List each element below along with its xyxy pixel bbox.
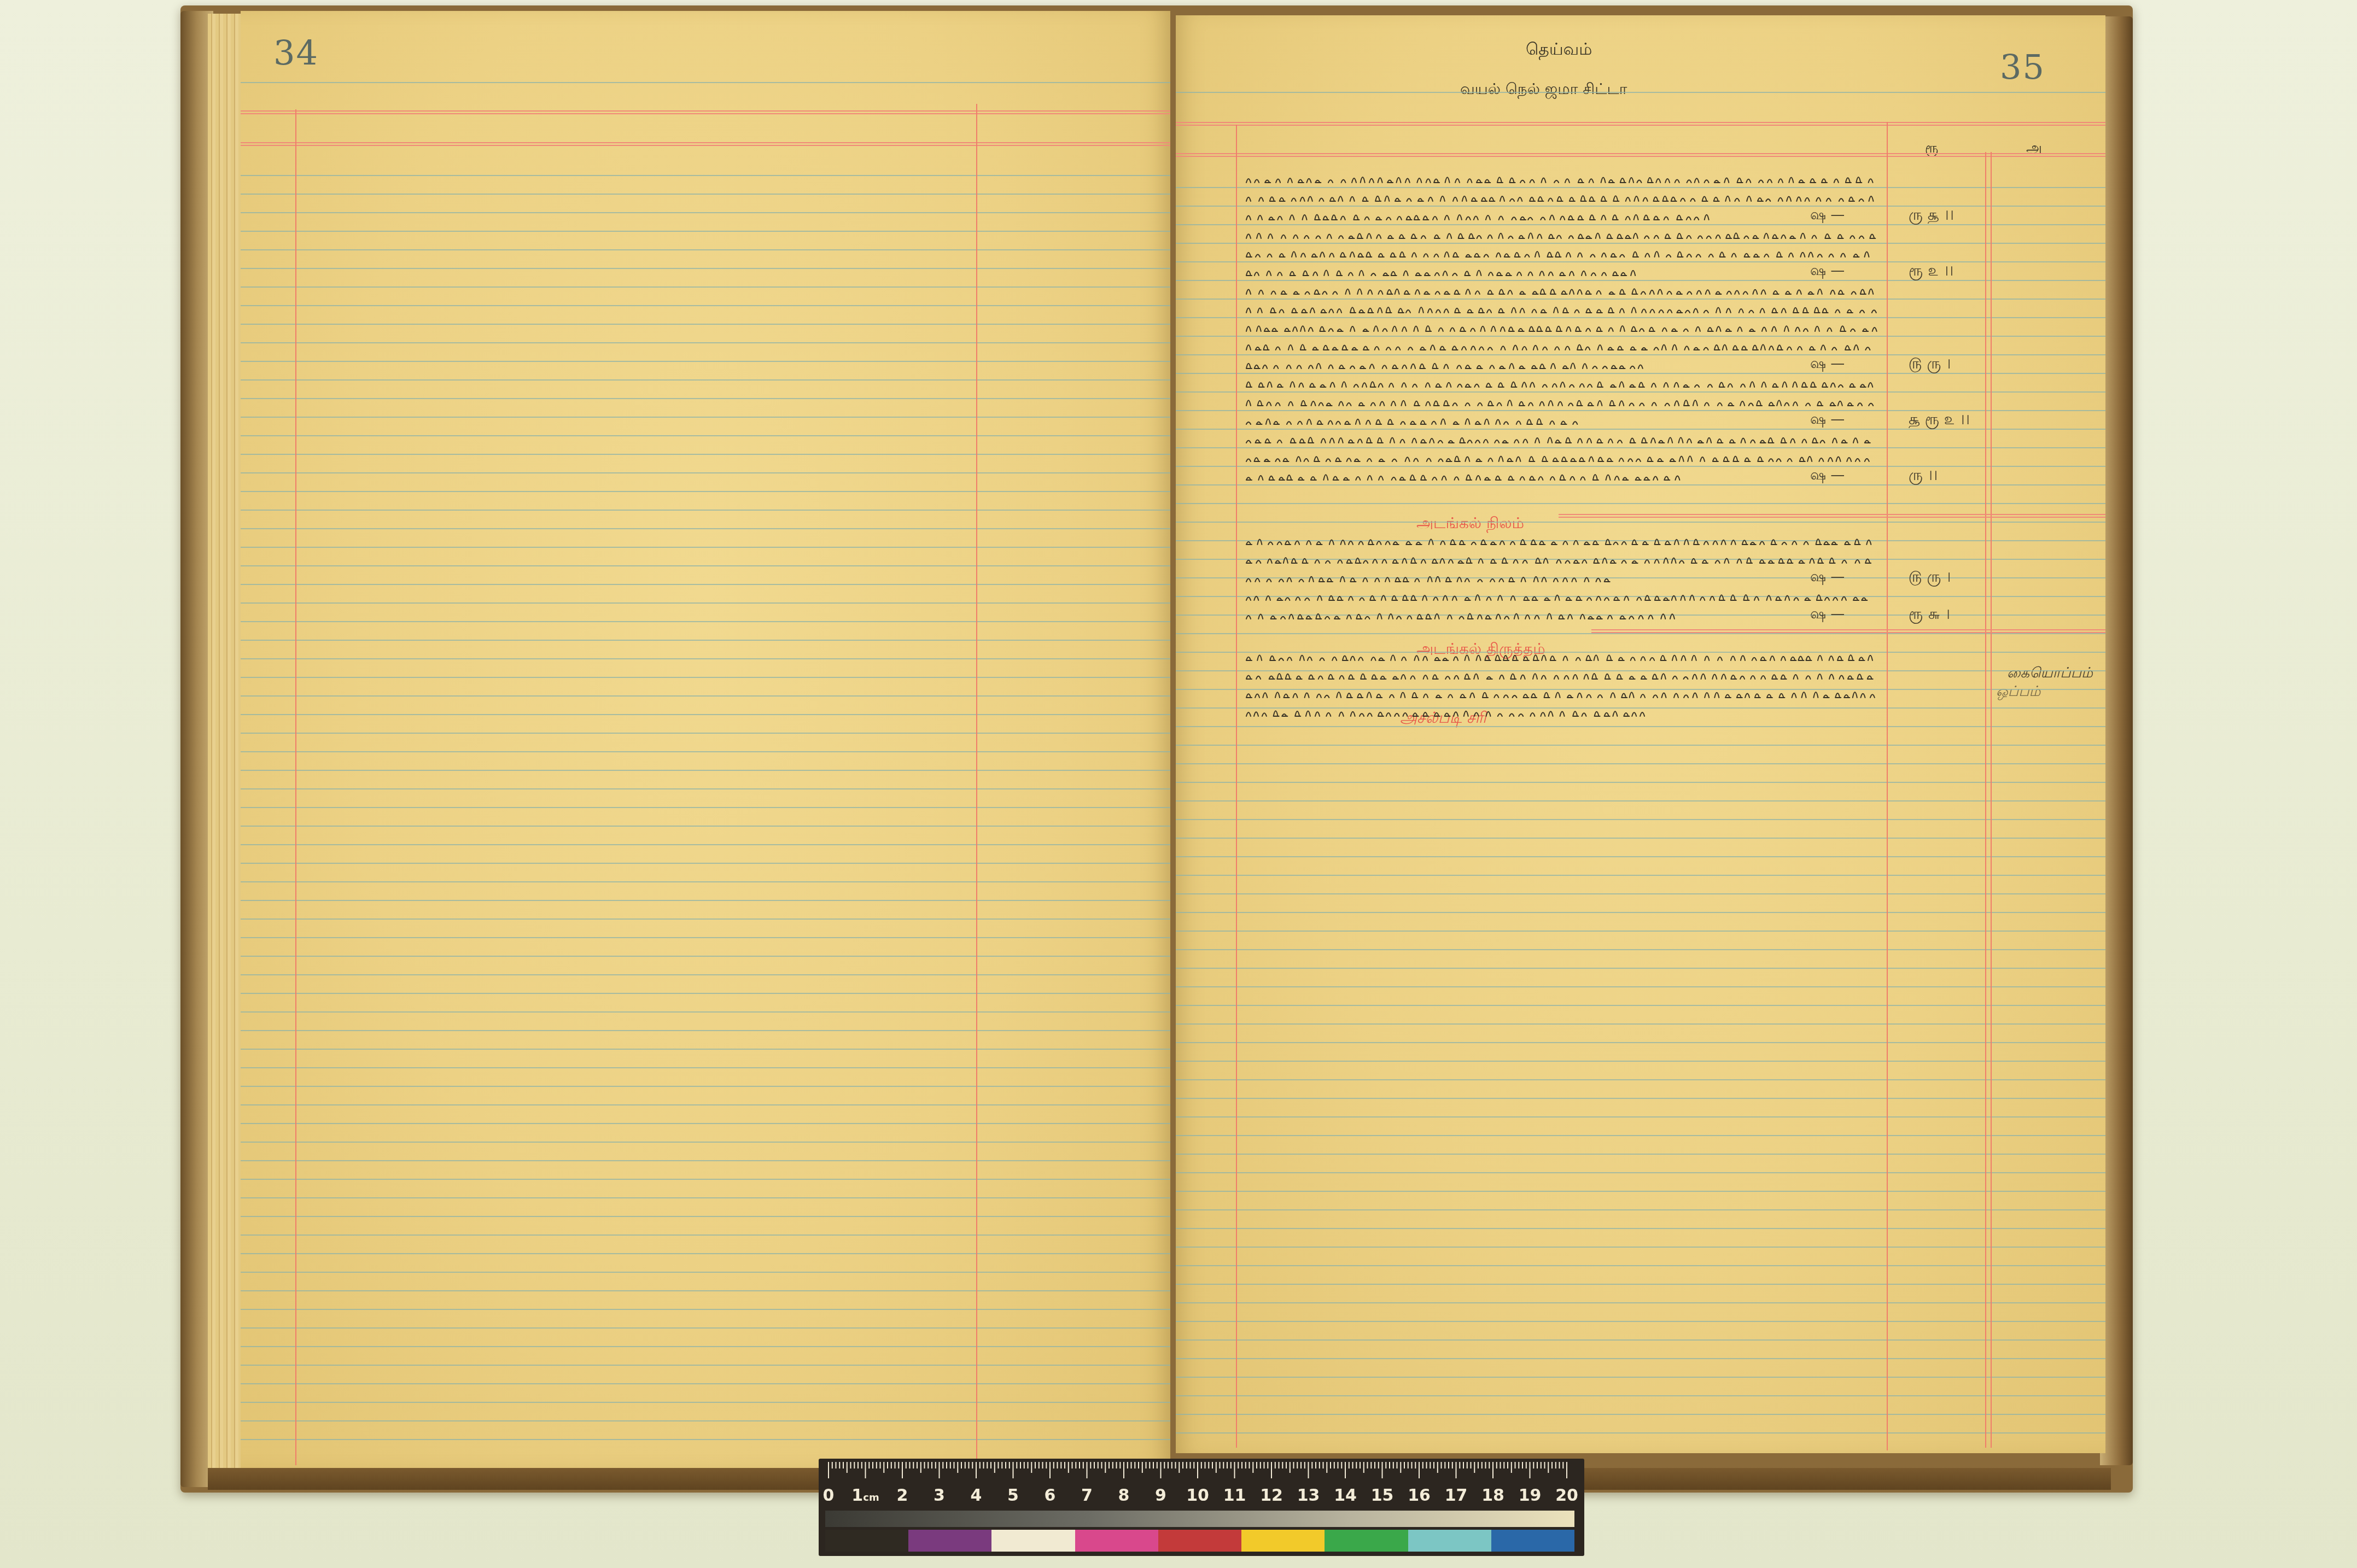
signature-1: கையொப்பம் [2007,665,2093,683]
ruled-line [1176,782,2105,783]
ruled-line [1176,968,2105,969]
amount-value: ௫ ரு । [1909,567,1951,588]
ruler-label: 20 [1555,1486,1578,1505]
handwritten-line [1244,245,1878,259]
color-swatch [1075,1530,1158,1552]
signature-2: ஒப்பம் [1996,683,2040,701]
ruled-line [1176,1191,2105,1192]
header-double-rule [1176,153,2105,157]
ruled-line [241,621,1170,622]
ruled-line [241,342,1170,343]
ruled-line [241,863,1170,864]
ruler-label: 0 [823,1486,835,1505]
ruled-line [241,1049,1170,1050]
ruled-line [1176,522,2105,523]
ruled-line [1176,949,2105,950]
handwritten-line [1244,226,1878,241]
color-swatch [1325,1530,1408,1552]
ruled-line [241,1383,1170,1384]
ruled-line [241,194,1170,195]
ruled-line [1176,1098,2105,1099]
ruled-line [1176,800,2105,801]
amount-column-divider [1991,152,1992,1448]
handwritten-line [1244,667,1878,681]
amount-value: ரு ௲ ।। [1909,206,1954,226]
ruled-line [1176,745,2105,746]
amount-value: ௲ ரூ ௨ ।। [1909,410,1970,430]
page-number-left: 34 [273,33,319,73]
ruled-line [241,231,1170,232]
handwritten-line [1244,588,1878,602]
ruled-line [241,844,1170,845]
color-swatch [825,1530,908,1552]
ruled-line [1176,187,2105,188]
ruled-line [1176,875,2105,876]
handwritten-line [1244,301,1878,315]
ruled-line [1176,503,2105,504]
red-subheading-1: அடங்கல் நிலம் [1416,514,1524,534]
ruled-line [241,547,1170,548]
ruled-line [241,249,1170,250]
margin-line [1236,125,1237,1448]
ditto-mark: ஷ — [1810,606,1845,624]
ruled-line [1176,206,2105,207]
scale-color-target: 01cm234567891011121314151617181920 [819,1459,1584,1556]
ruled-line [241,1327,1170,1329]
handwritten-line [1244,282,1878,296]
ruler-label: 14 [1334,1486,1357,1505]
ruled-line [1176,856,2105,857]
ruled-line [241,1197,1170,1198]
ruled-line [241,937,1170,938]
ruled-line [241,1216,1170,1217]
ruled-line [1176,92,2105,93]
ruled-line [1176,243,2105,244]
handwritten-line [1244,570,1616,584]
ruled-line [241,751,1170,752]
ruled-line [241,1346,1170,1347]
ditto-mark: ஷ — [1810,569,1845,587]
handwritten-line [1244,468,1682,482]
ruled-line [241,1365,1170,1366]
handwritten-line [1244,189,1878,203]
ruler-ticks [824,1462,1574,1484]
ruler-label: 16 [1408,1486,1431,1505]
ruled-line [241,379,1170,381]
ruled-line [1176,1005,2105,1006]
handwritten-line [1244,686,1878,700]
ruler-label: 13 [1297,1486,1320,1505]
ruled-line [1176,633,2105,634]
handwritten-line [1244,356,1649,371]
ruled-line [241,398,1170,399]
ruler-label: 18 [1481,1486,1504,1505]
ruled-line [1176,819,2105,820]
ruled-line [241,714,1170,715]
ruled-line [241,1011,1170,1013]
ruler-label: 17 [1445,1486,1468,1505]
ruled-line [241,584,1170,585]
handwritten-line [1244,171,1878,185]
ruled-line [1176,893,2105,894]
handwritten-line [1244,431,1878,445]
header-double-rule [241,142,1170,146]
handwritten-line [1244,208,1714,222]
ruler-label: 9 [1155,1486,1166,1505]
ruled-line [241,1142,1170,1143]
ruled-line [241,510,1170,511]
ruled-line [241,491,1170,492]
handwritten-line [1244,607,1682,621]
ledger-page-left: 34 [241,11,1170,1468]
ruled-line [1176,1061,2105,1062]
handwritten-line [1244,449,1878,464]
ruled-line [241,435,1170,436]
ditto-mark: ஷ — [1810,207,1845,225]
ruler-label: 19 [1519,1486,1542,1505]
ruled-line [241,454,1170,455]
ruled-line [1176,1154,2105,1155]
ruled-line [1176,986,2105,987]
header-double-rule [1176,122,2105,126]
color-swatch [1491,1530,1574,1552]
amount-column-line [1887,122,1888,1450]
ruled-line [241,82,1170,83]
ruled-line [1176,1395,2105,1396]
ruled-line [241,677,1170,678]
handwritten-line [1244,551,1878,565]
ruled-line [1176,391,2105,393]
ruled-line [241,1290,1170,1291]
ruler-label: 10 [1186,1486,1209,1505]
ruled-line [241,807,1170,808]
ruled-line [241,417,1170,418]
ruled-line [241,1086,1170,1087]
ruled-line [1176,1172,2105,1173]
ruled-line [241,1160,1170,1161]
ruled-line [1176,763,2105,764]
ruled-line [241,175,1170,176]
ruled-line [241,733,1170,734]
ruled-line [241,900,1170,901]
ruled-line [1176,484,2105,485]
ruled-line [1176,1284,2105,1285]
ruled-line [1176,1414,2105,1415]
ruled-line [241,1067,1170,1068]
gray-scale-strip [825,1511,1574,1527]
color-swatches [825,1530,1574,1552]
ruled-line [1176,1228,2105,1229]
ruled-line [241,1309,1170,1310]
ruled-line [1176,280,2105,281]
handwritten-line [1244,338,1878,352]
ruled-line [241,788,1170,789]
ruled-line [241,268,1170,269]
ruled-line [1176,1358,2105,1359]
ruler-label: 2 [897,1486,908,1505]
page-number-right: 35 [2000,47,2045,87]
amount-value: ரு ।। [1909,466,1938,486]
ruled-line [241,1420,1170,1421]
handwritten-line [1244,375,1878,389]
ruled-line [241,658,1170,659]
color-swatch [1241,1530,1325,1552]
column-line [976,104,977,1465]
handwritten-line [1244,264,1649,278]
ruled-line [241,212,1170,213]
ditto-mark: ஷ — [1810,467,1845,485]
amount-column-divider [1985,152,1986,1448]
page-sub-heading: வயல் நெல் ஜமா சிட்டா [1460,80,1627,100]
ruler-label: 12 [1260,1486,1283,1505]
ruled-line [1176,1079,2105,1080]
ditto-mark: ஷ — [1810,262,1845,280]
ditto-mark: ஷ — [1810,411,1845,429]
ruled-line [1176,1116,2105,1118]
ruled-line [241,993,1170,994]
ruled-line [241,324,1170,325]
ruled-line [1176,838,2105,839]
ruled-line [241,881,1170,882]
ruled-line [241,974,1170,975]
ruled-line [1176,336,2105,337]
header-double-rule [241,110,1170,114]
ruled-line [241,956,1170,957]
handwritten-line [1244,319,1878,334]
ruled-line [1176,317,2105,318]
handwritten-line [1244,533,1878,547]
ruled-line [1176,1042,2105,1043]
ruled-line [1176,1432,2105,1434]
ledger-page-right: 35 தெய்வம் வயல் நெல் ஜமா சிட்டா ரூ அ அடங… [1176,15,2105,1453]
ruled-line [241,770,1170,771]
ruler-label: 15 [1371,1486,1394,1505]
ruled-line [241,1123,1170,1124]
margin-line [295,109,296,1465]
ruled-line [1176,1135,2105,1136]
ruled-line [1176,1247,2105,1248]
ruler-label: 3 [934,1486,945,1505]
ruler-label: 8 [1118,1486,1130,1505]
ruled-line [241,472,1170,473]
ruled-line [1176,1265,2105,1266]
ruled-line [1176,466,2105,467]
ruled-line [1176,373,2105,374]
ruled-line [1176,912,2105,913]
section-double-rule [1591,629,2105,633]
ruled-line [241,1104,1170,1105]
ruled-line [241,286,1170,288]
color-swatch [1408,1530,1491,1552]
color-swatch [908,1530,991,1552]
color-swatch [991,1530,1075,1552]
amount-value: ரூ ௨ ।। [1909,261,1953,282]
ruled-line [241,528,1170,529]
ruled-line [1176,1023,2105,1025]
ruled-line [241,305,1170,306]
ruled-line [241,1402,1170,1403]
ruled-line [241,640,1170,641]
ruled-line [241,1272,1170,1273]
ruled-line [241,565,1170,566]
ruled-line [241,1253,1170,1254]
ruler-label: 4 [971,1486,982,1505]
handwritten-line [1244,412,1583,426]
ruled-line [241,361,1170,362]
page-top-heading: தெய்வம் [1526,40,1592,61]
ditto-mark: ஷ — [1810,355,1845,373]
ruled-line [1176,299,2105,300]
ruled-line [1176,1209,2105,1210]
ruler-label: 1cm [851,1486,879,1505]
handwritten-line [1244,704,1649,718]
handwritten-line [1244,394,1878,408]
ruler-label: 5 [1007,1486,1019,1505]
ruled-line [241,602,1170,604]
ruled-line [241,1439,1170,1440]
ruled-line [1176,1377,2105,1378]
ruled-line [1176,931,2105,932]
ruler-label: 11 [1223,1486,1246,1505]
ruled-line [241,918,1170,920]
ruled-line [1176,354,2105,355]
color-swatch [1158,1530,1241,1552]
ruled-line [241,1234,1170,1236]
handwritten-line [1244,648,1878,663]
ruled-line [1176,1302,2105,1303]
amount-value: ௫ ரு । [1909,354,1951,375]
ruled-line [241,695,1170,697]
ruled-line [1176,224,2105,225]
page-stack-left [208,14,241,1484]
ruled-line [1176,1339,2105,1341]
ruled-line [241,1030,1170,1031]
ruler-label: 6 [1045,1486,1056,1505]
section-double-rule [1559,514,2105,518]
amount-value: ரூ ௬ । [1909,605,1950,625]
ruled-line [241,826,1170,827]
ruled-line [1176,726,2105,727]
ruled-line [1176,1321,2105,1322]
ruled-line [1176,447,2105,448]
ruled-line [1176,261,2105,262]
ruled-line [241,1179,1170,1180]
ruler-label: 7 [1081,1486,1093,1505]
